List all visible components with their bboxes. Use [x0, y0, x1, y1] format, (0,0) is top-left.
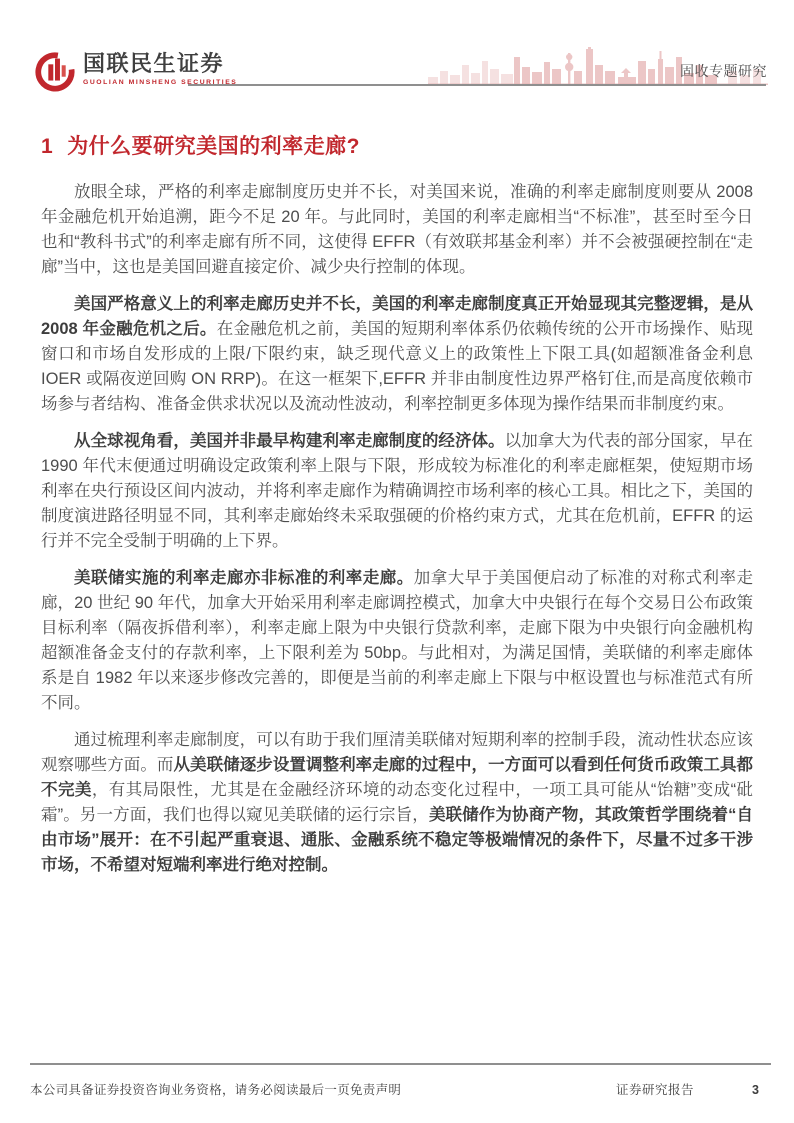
- emphasis-text: 美联储实施的利率走廊亦非标准的利率走廊。: [74, 569, 414, 587]
- emphasis-text: 从全球视角看，美国并非最早构建利率走廊制度的经济体。: [74, 432, 505, 450]
- section-title: 1 为什么要研究美国的利率走廊?: [41, 130, 753, 160]
- report-type-label: 固收专题研究: [680, 61, 767, 81]
- body-paragraph: 通过梳理利率走廊制度，可以有助于我们厘清美联储对短期利率的控制手段，流动性状态应…: [41, 728, 753, 878]
- securities-logo-icon: [34, 50, 76, 92]
- body-text: 加拿大早于美国便启动了标准的对称式利率走廊，20 世纪 90 年代，加拿大开始采…: [41, 569, 753, 712]
- footer-report-label: 证券研究报告: [616, 1080, 694, 1098]
- body-paragraph: 美国严格意义上的利率走廊历史并不长，美国的利率走廊制度真正开始显现其完整逻辑，是…: [41, 292, 753, 417]
- paragraph-list: 放眼全球，严格的利率走廊制度历史并不长，对美国来说，准确的利率走廊制度则要从 2…: [41, 180, 753, 878]
- header-divider: [188, 84, 766, 86]
- body-paragraph: 放眼全球，严格的利率走廊制度历史并不长，对美国来说，准确的利率走廊制度则要从 2…: [41, 180, 753, 280]
- page-footer: 本公司具备证券投资咨询业务资格，请务必阅读最后一页免责声明 证券研究报告 3: [30, 1063, 771, 1098]
- brand-name-cn: 国联民生证券: [83, 52, 237, 76]
- section-title-text: 为什么要研究美国的利率走廊?: [67, 130, 360, 160]
- body-paragraph: 从全球视角看，美国并非最早构建利率走廊制度的经济体。以加拿大为代表的部分国家，早…: [41, 429, 753, 554]
- page-number: 3: [752, 1083, 771, 1097]
- body-text: 放眼全球，严格的利率走廊制度历史并不长，对美国来说，准确的利率走廊制度则要从 2…: [41, 183, 753, 276]
- page-header: 国联民生证券 GUOLIAN MINSHENG SECURITIES: [0, 0, 794, 100]
- report-page: 国联民生证券 GUOLIAN MINSHENG SECURITIES: [0, 0, 794, 1123]
- section-number: 1: [41, 135, 53, 159]
- footer-right: 证券研究报告 3: [616, 1080, 771, 1098]
- report-body: 1 为什么要研究美国的利率走廊? 放眼全球，严格的利率走廊制度历史并不长，对美国…: [41, 130, 753, 890]
- footer-disclaimer: 本公司具备证券投资咨询业务资格，请务必阅读最后一页免责声明: [30, 1080, 401, 1098]
- body-paragraph: 美联储实施的利率走廊亦非标准的利率走廊。加拿大早于美国便启动了标准的对称式利率走…: [41, 566, 753, 716]
- brand-text: 国联民生证券 GUOLIAN MINSHENG SECURITIES: [83, 50, 237, 87]
